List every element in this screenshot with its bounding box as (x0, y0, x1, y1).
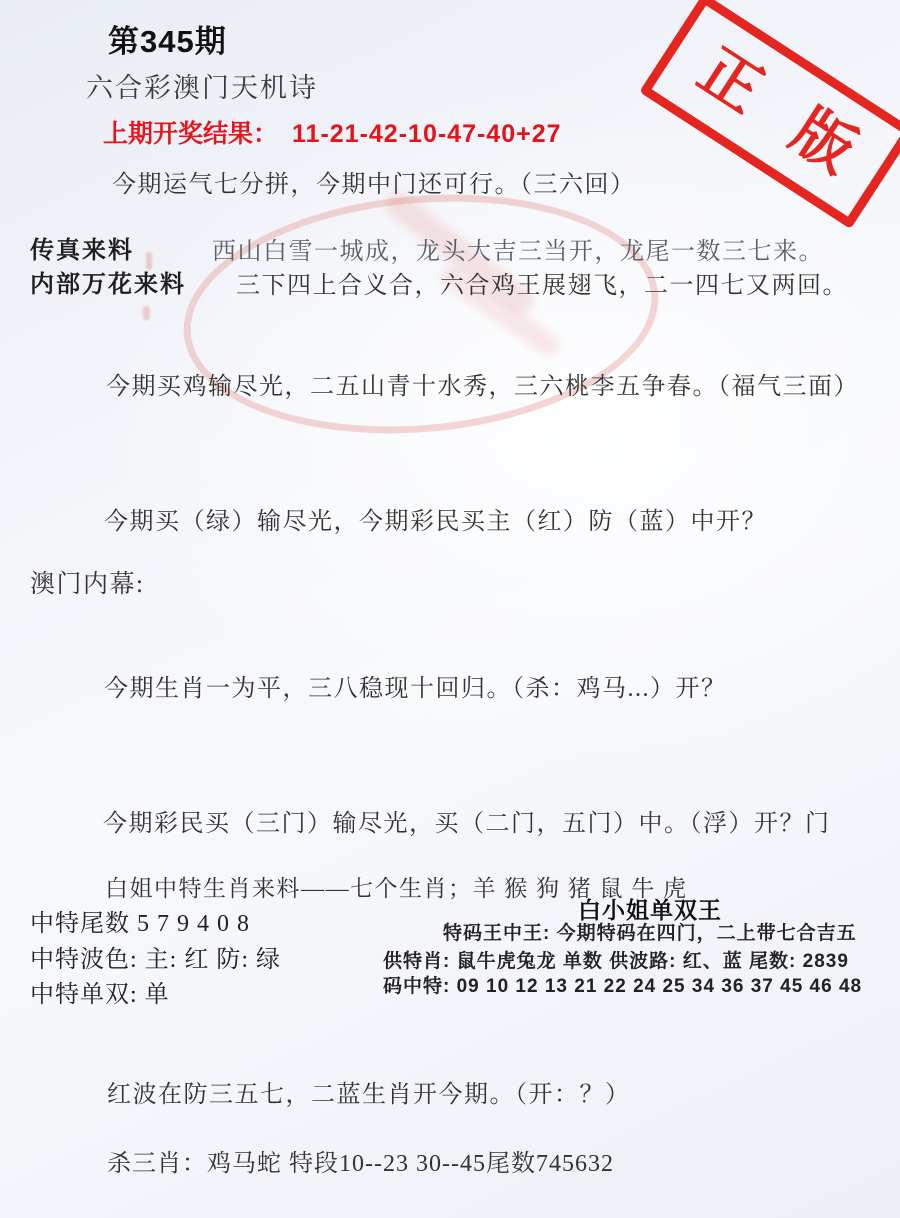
tip-line-chicken-poem: 今期买鸡输尽光，二五山青十水秀，三六桃李五争春。（福气三面） (106, 366, 859, 401)
issue-number: 第345期 (108, 16, 227, 61)
stat-special-odd-even: 中特单双: 单 (30, 974, 170, 1009)
section-label-macau-insider: 澳门内幕: (30, 564, 144, 600)
baixiaojie-line-numbers: 码中特: 09 10 12 13 21 22 24 25 34 36 37 45… (383, 971, 862, 998)
baixiaojie-line-zodiac-wave: 供特肖: 鼠牛虎兔龙 单数 供波路: 红、蓝 尾数: 2839 (383, 946, 849, 973)
tip-line-red-wave: 红波在防三五七，二蓝生肖开今期。（开：？） (107, 1074, 631, 1109)
internal-source-label: 内部万花来料 (30, 264, 186, 299)
publication-title: 六合彩澳门天机诗 (86, 66, 318, 105)
last-draw-result: 上期开奖结果：11-21-42-10-47-40+27 (103, 114, 562, 150)
fax-poem: 西山白雪一城成，龙头大吉三当开，龙尾一数三七来。 (212, 231, 824, 266)
internal-poem: 三下四上合义合，六合鸡王展翅飞，二一四七又两回。 (236, 265, 848, 300)
stat-special-wave-color: 中特波色: 主: 红 防: 绿 (30, 939, 281, 974)
tip-line-kill-three-zodiacs: 杀三肖：鸡马蛇 特段10--23 30--45尾数745632 (107, 1143, 614, 1178)
baixiaojie-line-special-door: 特码王中王: 今期特码在四门，二上带七合吉五 (443, 918, 857, 945)
ink-smudge (143, 306, 150, 320)
tip-line-color-advice: 今期买（绿）输尽光，今期彩民买主（红）防（蓝）中开？ (104, 501, 767, 536)
tip-line-doors: 今期彩民买（三门）输尽光，买（二门，五门）中。（浮）开？门 (103, 803, 831, 838)
last-draw-result-label: 上期开奖结果： (103, 120, 278, 148)
tip-line-luck: 今期运气七分拼，今期中门还可行。（三六回） (112, 164, 636, 199)
last-draw-result-numbers: 11-21-42-10-47-40+27 (292, 120, 562, 148)
fax-source-label: 传真来料 (30, 230, 134, 265)
tip-line-zodiac: 今期生肖一为平，三八稳现十回归。（杀：鸡马...）开？ (104, 668, 727, 703)
stat-special-tail-numbers: 中特尾数 5 7 9 4 0 8 (30, 903, 250, 938)
authentic-stamp: 正 版 (639, 0, 900, 229)
authentic-stamp-text: 正 版 (689, 39, 865, 182)
